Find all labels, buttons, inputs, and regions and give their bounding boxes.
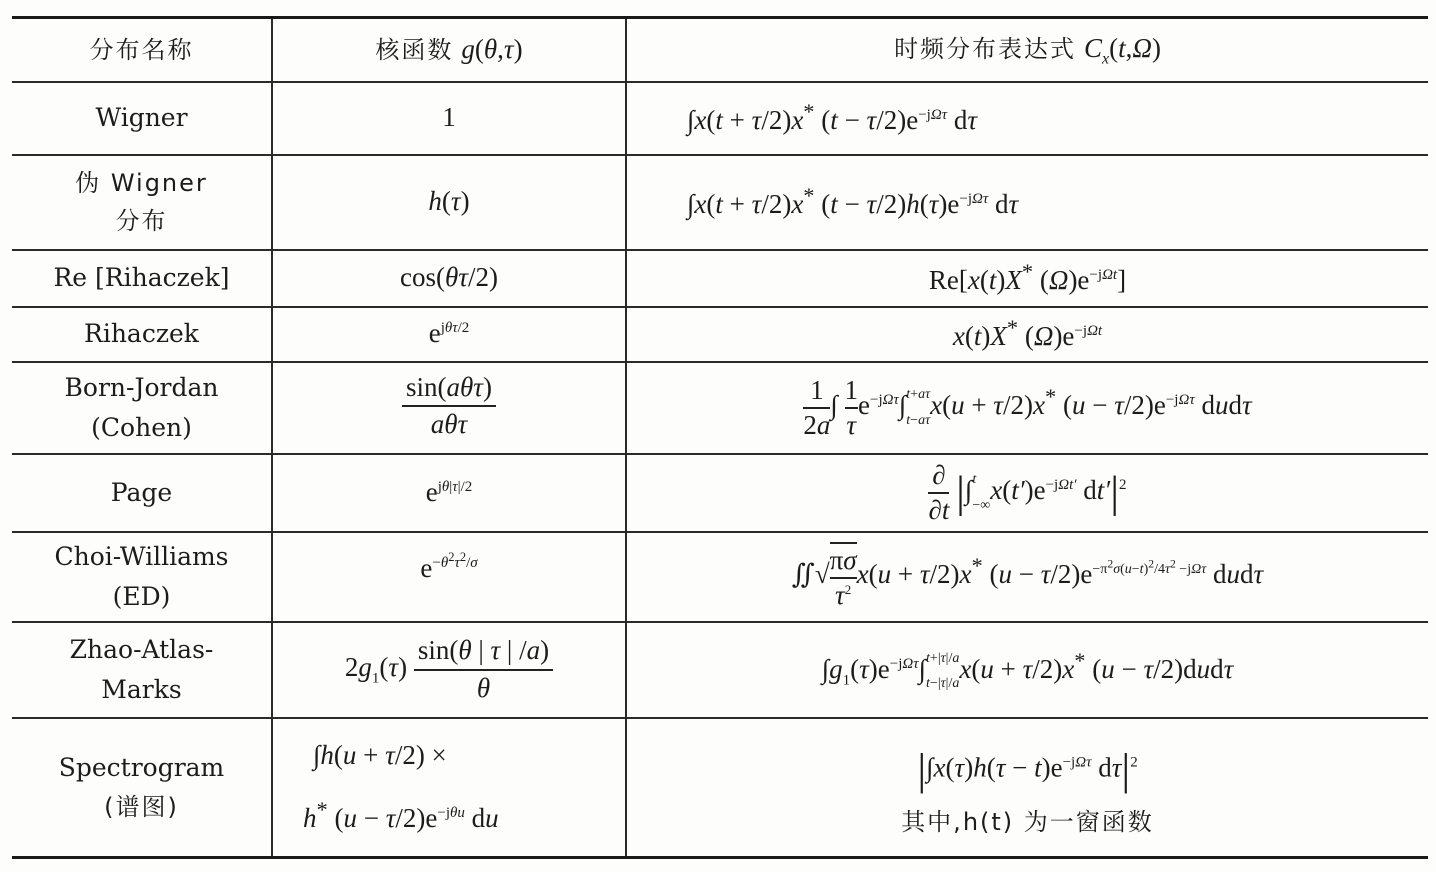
- cell-expression: ∬√πστ2x(u + τ/2)x* (u − τ/2)e−π2σ(u−t)2/…: [626, 532, 1428, 622]
- header-expression-symbol: Cx(t,Ω): [1084, 33, 1161, 63]
- cell-kernel: h(τ): [272, 155, 626, 250]
- cell-kernel: ∫h(u + τ/2) × h* (u − τ/2)e−jθu du: [272, 718, 626, 858]
- distribution-name: Rihaczek: [84, 319, 199, 348]
- cell-kernel: 2g1(τ) sin(θ | τ | /a)θ: [272, 622, 626, 718]
- cell-expression: 12a∫ 1τe−jΩτ∫t+aτt−aτx(u + τ/2)x* (u − τ…: [626, 362, 1428, 454]
- header-expression-text: 时频分布表达式: [894, 35, 1076, 63]
- kernel-formula: ejθτ/2: [429, 318, 470, 348]
- cell-expression: ∫x(t + τ/2)x* (t − τ/2)e−jΩτ dτ: [626, 82, 1428, 155]
- distribution-name: Page: [111, 478, 172, 507]
- expression-formula: 12a∫ 1τe−jΩτ∫t+aτt−aτx(u + τ/2)x* (u − τ…: [803, 390, 1251, 420]
- distribution-name: 伪 Wigner: [12, 164, 271, 202]
- distribution-name: Wigner: [95, 103, 187, 132]
- cell-kernel: sin(aθτ) aθτ: [272, 362, 626, 454]
- distribution-name-line2: (ED): [12, 577, 271, 617]
- table-row: Re [Rihaczek] cos(θτ/2) Re[x(t)X* (Ω)e−j…: [12, 250, 1428, 307]
- cell-kernel: ejθτ/2: [272, 307, 626, 362]
- header-kernel-text: 核函数: [375, 36, 453, 64]
- time-frequency-distribution-table: 分布名称 核函数 g(θ,τ) 时频分布表达式 Cx(t,Ω) Wigner 1…: [12, 16, 1428, 859]
- table-row: Spectrogram (谱图) ∫h(u + τ/2) × h* (u − τ…: [12, 718, 1428, 858]
- table-row: Wigner 1 ∫x(t + τ/2)x* (t − τ/2)e−jΩτ dτ: [12, 82, 1428, 155]
- cell-expression: ∫x(t + τ/2)x* (t − τ/2)h(τ)e−jΩτ dτ: [626, 155, 1428, 250]
- cell-name: Rihaczek: [12, 307, 272, 362]
- cell-name: Choi-Williams (ED): [12, 532, 272, 622]
- kernel-formula: e−θ2τ2/σ: [420, 553, 477, 583]
- distribution-name: Born-Jordan: [12, 368, 271, 408]
- kernel-formula: cos(θτ/2): [400, 262, 498, 292]
- expression-formula: ∬√πστ2x(u + τ/2)x* (u − τ/2)e−π2σ(u−t)2/…: [792, 559, 1263, 589]
- header-name-text: 分布名称: [90, 36, 194, 64]
- expression-formula: ∂∂t |∫t−∞x(t′)e−jΩt′ dt′|2: [928, 475, 1126, 505]
- cell-name: Spectrogram (谱图): [12, 718, 272, 858]
- cell-name: Born-Jordan (Cohen): [12, 362, 272, 454]
- distribution-name-line2: (谱图): [12, 788, 271, 826]
- cell-kernel: e−θ2τ2/σ: [272, 532, 626, 622]
- cell-expression: |∫x(τ)h(τ − t)e−jΩτ dτ|2 其中,h(t) 为一窗函数: [626, 718, 1428, 858]
- expression-formula: ∫g1(τ)e−jΩτ∫t+|τ|/at−|τ|/ax(u + τ/2)x* (…: [822, 654, 1234, 684]
- table-row: Zhao-Atlas- Marks 2g1(τ) sin(θ | τ | /a)…: [12, 622, 1428, 718]
- cell-name: Page: [12, 454, 272, 532]
- cell-expression: ∫g1(τ)e−jΩτ∫t+|τ|/at−|τ|/ax(u + τ/2)x* (…: [626, 622, 1428, 718]
- kernel-formula: 1: [442, 102, 456, 132]
- cell-expression: Re[x(t)X* (Ω)e−jΩt]: [626, 250, 1428, 307]
- expression-formula: x(t)X* (Ω)e−jΩt: [953, 321, 1102, 351]
- cell-name: Wigner: [12, 82, 272, 155]
- distribution-name-line2: Marks: [12, 670, 271, 710]
- cell-name: 伪 Wigner 分布: [12, 155, 272, 250]
- distribution-name: Re [Rihaczek]: [53, 263, 229, 292]
- kernel-formula: 2g1(τ) sin(θ | τ | /a)θ: [345, 652, 553, 682]
- cell-expression: x(t)X* (Ω)e−jΩt: [626, 307, 1428, 362]
- expression-formula: Re[x(t)X* (Ω)e−jΩt]: [929, 265, 1126, 295]
- distribution-name: Spectrogram: [12, 748, 271, 788]
- table-row: Born-Jordan (Cohen) sin(aθτ) aθτ 12a∫ 1τ…: [12, 362, 1428, 454]
- header-row: 分布名称 核函数 g(θ,τ) 时频分布表达式 Cx(t,Ω): [12, 18, 1428, 82]
- table-row: Choi-Williams (ED) e−θ2τ2/σ ∬√πστ2x(u + …: [12, 532, 1428, 622]
- distribution-name: Zhao-Atlas-: [12, 630, 271, 670]
- distribution-name: Choi-Williams: [12, 537, 271, 577]
- distribution-name-line2: 分布: [12, 202, 271, 240]
- window-function-note: 其中,h(t) 为一窗函数: [627, 806, 1428, 840]
- expression-formula: ∫x(t + τ/2)x* (t − τ/2)h(τ)e−jΩτ dτ: [687, 189, 1018, 219]
- header-expression: 时频分布表达式 Cx(t,Ω): [626, 18, 1428, 82]
- distribution-name-line2: (Cohen): [12, 408, 271, 448]
- table-row: Page ejθ|τ|/2 ∂∂t |∫t−∞x(t′)e−jΩt′ dt′|2: [12, 454, 1428, 532]
- header-name: 分布名称: [12, 18, 272, 82]
- cell-kernel: 1: [272, 82, 626, 155]
- cell-kernel: cos(θτ/2): [272, 250, 626, 307]
- cell-expression: ∂∂t |∫t−∞x(t′)e−jΩt′ dt′|2: [626, 454, 1428, 532]
- table-row: 伪 Wigner 分布 h(τ) ∫x(t + τ/2)x* (t − τ/2)…: [12, 155, 1428, 250]
- kernel-formula: h(τ): [428, 186, 469, 216]
- cell-name: Re [Rihaczek]: [12, 250, 272, 307]
- kernel-formula: ∫h(u + τ/2) × h* (u − τ/2)e−jθu du: [303, 726, 625, 849]
- cell-kernel: ejθ|τ|/2: [272, 454, 626, 532]
- expression-formula: |∫x(τ)h(τ − t)e−jΩτ dτ|2: [627, 735, 1428, 805]
- header-kernel-symbol: g(θ,τ): [461, 34, 522, 64]
- header-kernel: 核函数 g(θ,τ): [272, 18, 626, 82]
- expression-formula: ∫x(t + τ/2)x* (t − τ/2)e−jΩτ dτ: [687, 105, 977, 135]
- table-row: Rihaczek ejθτ/2 x(t)X* (Ω)e−jΩt: [12, 307, 1428, 362]
- kernel-formula: sin(aθτ) aθτ: [402, 370, 496, 442]
- kernel-formula: ejθ|τ|/2: [426, 477, 473, 507]
- cell-name: Zhao-Atlas- Marks: [12, 622, 272, 718]
